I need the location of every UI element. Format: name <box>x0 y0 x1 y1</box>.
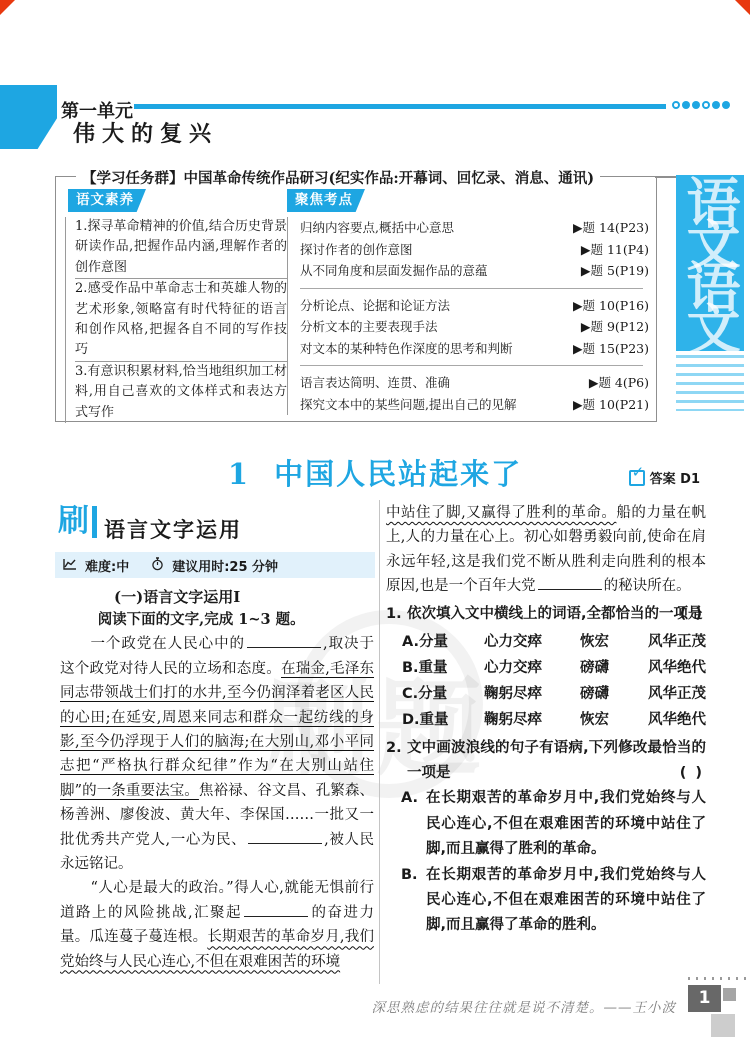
option-row: D.重量 鞠躬尽瘁 恢宏 风华绝代 <box>402 707 706 733</box>
question-2-option-b: B. 在长期艰苦的革命岁月中,我们党始终与人民心连心,不但在艰难困苦的环境中站住… <box>386 863 706 939</box>
testpoint-row: 归纳内容要点,概括中心意思 ▶题 14(P23) <box>300 217 649 239</box>
question-ref: ▶题 10(P16) <box>573 295 649 317</box>
section-title: 语言文字运用 <box>104 514 242 544</box>
difficulty-bar: 难度:中 建议用时:25 分钟 <box>55 552 375 578</box>
answer-bracket: ( ) <box>680 602 704 627</box>
literacy-item: 2.感受作品中革命志士和英雄人物的艺术形象,领略富有时代特征的语言和创作风格,把… <box>75 278 287 361</box>
testpoint-row: 语言表达简明、连贯、准确 ▶题 4(P6) <box>300 372 649 394</box>
learning-task-box: 【学习任务群】中国革命传统作品研习(纪实作品:开幕词、回忆录、消息、通讯) 语文… <box>55 176 657 422</box>
header-dots <box>672 101 730 109</box>
testpoint-row: 分析论点、论据和论证方法 ▶题 10(P16) <box>300 295 649 317</box>
option-row: B.重量 心力交瘁 磅礴 风华绝代 <box>402 655 706 681</box>
tab-yuwen-suyang: 语文素养 <box>68 189 146 212</box>
option-row: A.分量 心力交瘁 恢宏 风华正茂 <box>402 629 706 655</box>
subject-side-banner: 语文语文 <box>676 175 744 351</box>
lesson-number: 1 <box>228 457 250 491</box>
underlined-sentence: 在瑞金,毛泽东同志带领战士们打的水井,至今仍润泽着老区人民的心田;在延安,周恩来… <box>60 661 374 799</box>
question-ref: ▶题 9(P12) <box>581 316 649 338</box>
tab-jujiao-kaodian: 聚焦考点 <box>287 189 365 212</box>
answer-badge: ✓ 答案 D1 <box>629 468 700 487</box>
unit-blue-tab <box>0 85 57 149</box>
lesson-name: 中国人民站起来了 <box>274 457 522 491</box>
wavy-underlined-sentence: 中站住了脚,又赢得了胜利的革命。 <box>386 505 616 521</box>
option-label: A. <box>401 786 418 811</box>
testpoint-row: 探讨作者的创作意图 ▶题 11(P4) <box>300 239 649 261</box>
unit-title: 伟大的复兴 <box>73 117 218 148</box>
footer-square-light <box>711 1014 735 1037</box>
question-ref: ▶题 11(P4) <box>581 239 649 261</box>
question-ref: ▶题 10(P21) <box>573 394 649 416</box>
task-group-label: 【学习任务群】中国革命传统作品研习(纪实作品:开幕词、回忆录、消息、通讯) <box>76 167 600 188</box>
question-number: 2. <box>386 736 402 761</box>
corner-mark-top-right <box>735 0 750 15</box>
workbook-page: 第一单元 伟大的复兴 【学习任务群】中国革命传统作品研习(纪实作品:开幕词、回忆… <box>0 0 750 1045</box>
difficulty-chart-icon <box>63 556 77 575</box>
question-number: 1. <box>386 602 402 627</box>
passage-paragraph-2: “人心是最大的政治。”得人心,就能无惧前行道路上的风险挑战,汇聚起的奋进力量。瓜… <box>60 876 374 974</box>
literacy-item: 3.有意识积累材料,恰当地组织加工材料,用自己喜欢的文体样式和表达方式写作 <box>75 361 287 423</box>
blank-line <box>248 840 322 844</box>
answer-bracket: ( ) <box>680 761 704 786</box>
difficulty-label: 难度:中 <box>85 556 129 575</box>
brand-logo: 刷 <box>58 504 97 538</box>
question-ref: ▶题 14(P23) <box>573 217 649 239</box>
testpoint-row: 从不同角度和层面发掘作品的意蕴 ▶题 5(P19) <box>300 260 649 282</box>
footer-square-dark <box>723 988 736 1001</box>
question-stem: 文中画波浪线的句子有语病,下列修改最恰当的一项是 <box>407 740 706 781</box>
blank-line <box>538 586 602 590</box>
brush-bar <box>92 506 97 538</box>
literacy-item: 1.探寻革命精神的价值,结合历史背景研读作品,把握作品内涵,理解作者的创作意图 <box>75 217 287 278</box>
literacy-list: 1.探寻革命精神的价值,结合历史背景研读作品,把握作品内涵,理解作者的创作意图 … <box>65 217 287 423</box>
blank-line <box>247 644 321 648</box>
box-banner-connector <box>655 176 677 178</box>
testpoint-list: 归纳内容要点,概括中心意思 ▶题 14(P23) 探讨作者的创作意图 ▶题 11… <box>287 217 649 415</box>
blank-line <box>244 913 308 917</box>
question-ref: ▶题 5(P19) <box>581 260 649 282</box>
divider <box>300 365 643 366</box>
part-title: (一)语言文字运用Ⅰ <box>60 586 374 607</box>
question-ref: ▶题 15(P23) <box>573 338 649 360</box>
column-divider <box>379 500 380 984</box>
banner-stripes <box>676 355 744 411</box>
question-1: 1. 依次填入文中横线上的词语,全都恰当的一项是 ( ) <box>386 602 706 627</box>
right-column: 中站住了脚,又赢得了胜利的革命。船的力量在帆上,人的力量在心上。初心如磐勇毅向前… <box>386 501 706 939</box>
question-stem: 依次填入文中横线上的词语,全都恰当的一项是 <box>407 606 703 622</box>
testpoint-row: 探究文本中的某些问题,提出自己的见解 ▶题 10(P21) <box>300 394 649 416</box>
testpoint-row: 对文本的某种特色作深度的思考和判断 ▶题 15(P23) <box>300 338 649 360</box>
passage-paragraph-3: 中站住了脚,又赢得了胜利的革命。船的力量在帆上,人的力量在心上。初心如磐勇毅向前… <box>386 501 706 599</box>
timer-icon <box>151 556 164 575</box>
corner-mark-top-left <box>0 0 15 15</box>
instruction: 阅读下面的文字,完成 1~3 题。 <box>60 608 374 632</box>
page-number-badge: 1 <box>688 985 721 1012</box>
question-ref: ▶题 4(P6) <box>589 372 649 394</box>
header-rule-line <box>134 104 666 109</box>
answer-checkbox-icon: ✓ <box>629 470 645 486</box>
question-1-options: A.分量 心力交瘁 恢宏 风华正茂 B.重量 心力交瘁 磅礴 风华绝代 C.分量… <box>386 629 706 734</box>
question-2-option-a: A. 在长期艰苦的革命岁月中,我们党始终与人民心连心,不但在艰难困苦的环境中站住… <box>386 786 706 862</box>
footer-dots <box>688 977 750 980</box>
testpoint-row: 分析文本的主要表现手法 ▶题 9(P12) <box>300 316 649 338</box>
question-2: 2. 文中画波浪线的句子有语病,下列修改最恰当的一项是 ( ) <box>386 736 706 786</box>
option-row: C.分量 鞠躬尽瘁 磅礴 风华正茂 <box>402 681 706 707</box>
divider <box>300 288 643 289</box>
option-label: B. <box>401 863 418 888</box>
time-label: 建议用时:25 分钟 <box>172 556 278 575</box>
brush-character: 刷 <box>58 504 89 538</box>
passage-paragraph-1: 一个政党在人民心中的,取决于这个政党对待人民的立场和态度。在瑞金,毛泽东同志带领… <box>60 632 374 876</box>
left-column: (一)语言文字运用Ⅰ 阅读下面的文字,完成 1~3 题。 一个政党在人民心中的,… <box>60 586 374 974</box>
footer-quote: 深思熟虑的结果往往就是说不清楚。——王小波 <box>372 996 677 1016</box>
